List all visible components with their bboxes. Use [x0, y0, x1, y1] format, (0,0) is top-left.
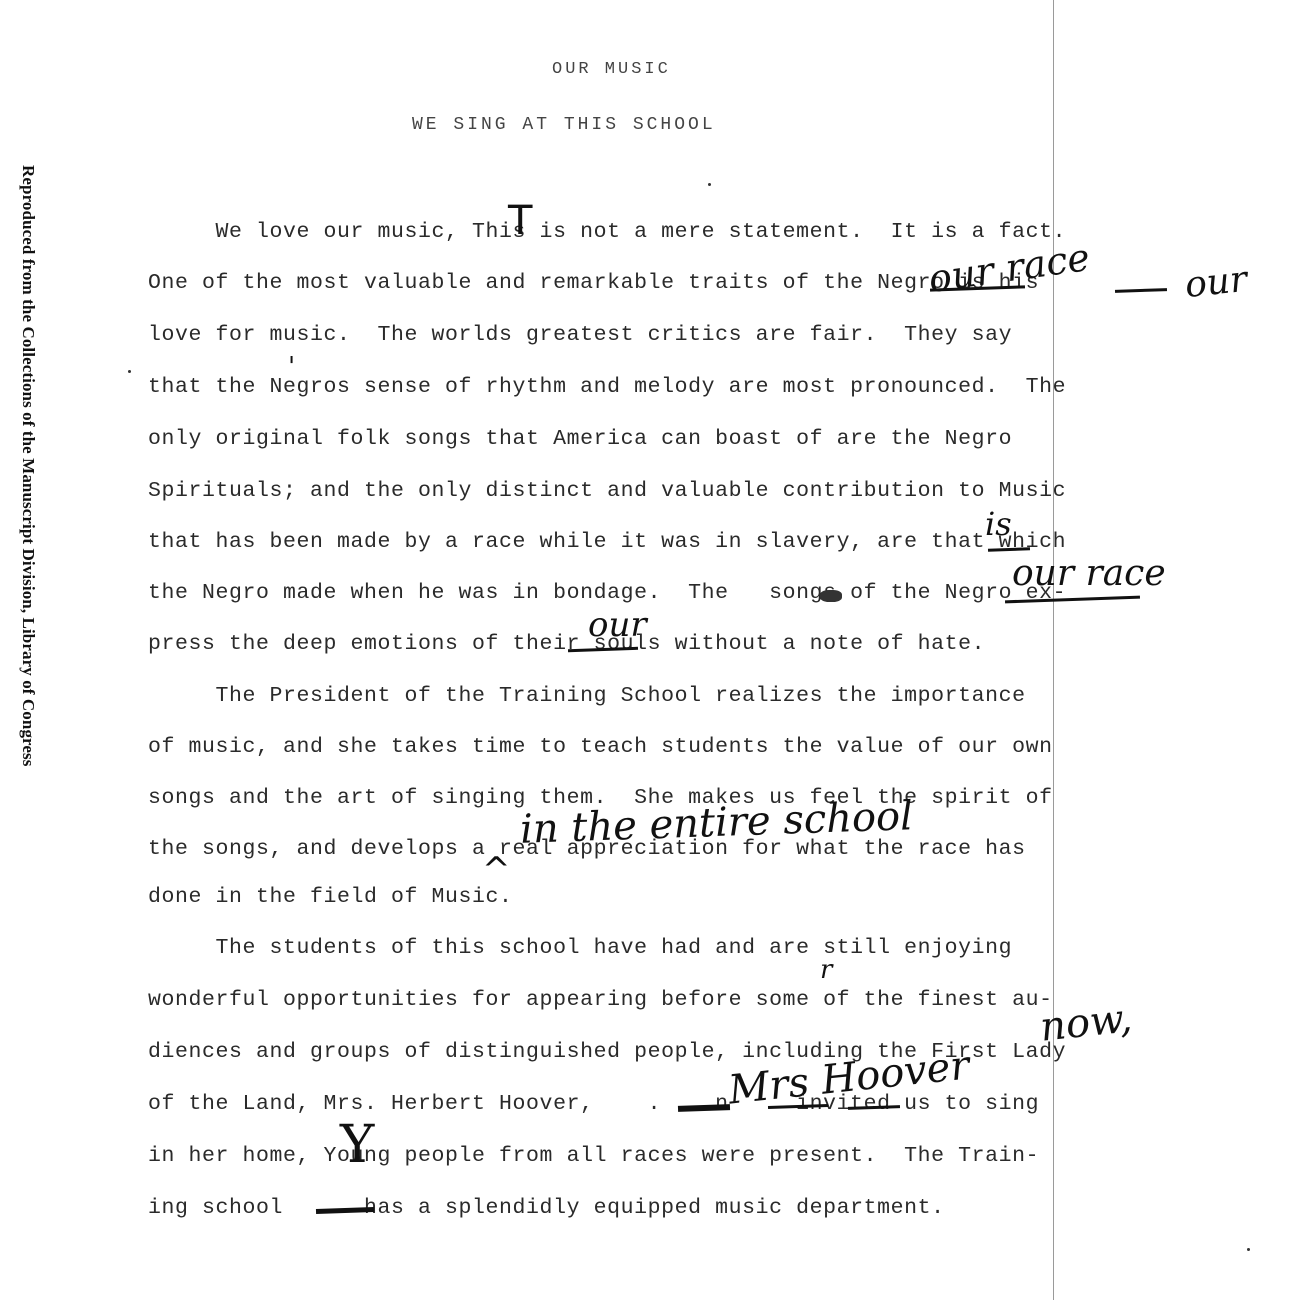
- text-line: The President of the Training School rea…: [148, 684, 1026, 708]
- strikethrough: [1115, 288, 1167, 293]
- handwritten-edit: Y: [340, 1115, 374, 1175]
- handwritten-edit: r: [820, 955, 832, 985]
- text-line: of music, and she takes time to teach st…: [148, 735, 1053, 759]
- handwritten-edit: T: [508, 198, 532, 244]
- text-line: love for music. The worlds greatest crit…: [148, 323, 1012, 347]
- handwritten-edit: our: [1183, 259, 1249, 306]
- text-line: wonderful opportunities for appearing be…: [148, 988, 1053, 1012]
- text-line: One of the most valuable and remarkable …: [148, 271, 1039, 295]
- text-line: Spirituals; and the only distinct and va…: [148, 479, 1066, 503]
- speck: [128, 370, 131, 373]
- text-line: We love our music, This is not a mere st…: [148, 220, 1066, 244]
- text-line: The students of this school have had and…: [148, 936, 1012, 960]
- speck: [1247, 1248, 1250, 1251]
- text-line: of the Land, Mrs. Herbert Hoover, . n in…: [148, 1092, 1039, 1116]
- document-title: OUR MUSIC: [552, 60, 671, 79]
- document-subtitle: WE SING AT THIS SCHOOL: [412, 115, 716, 135]
- text-line: ing school has a splendidly equipped mus…: [148, 1196, 945, 1220]
- text-line: done in the field of Music.: [148, 885, 513, 909]
- text-line: only original folk songs that America ca…: [148, 427, 1012, 451]
- handwritten-edit: our: [588, 605, 647, 645]
- insertion-caret: ^: [482, 850, 511, 890]
- document-page: Reproduced from the Collections of the M…: [0, 0, 1299, 1300]
- side-credit: Reproduced from the Collections of the M…: [18, 165, 38, 766]
- handwritten-edit: is: [985, 505, 1012, 543]
- fold-line: [1053, 0, 1054, 1300]
- speck: [708, 183, 711, 186]
- text-line: the Negro made when he was in bondage. T…: [148, 581, 1066, 605]
- text-line: in her home, Young people from all races…: [148, 1144, 1039, 1168]
- text-line: that the Negros sense of rhythm and melo…: [148, 375, 1066, 399]
- handwritten-edit: our race: [1012, 553, 1166, 594]
- text-line: press the deep emotions of their souls w…: [148, 632, 985, 656]
- text-line: that has been made by a race while it wa…: [148, 530, 1066, 554]
- ink-blot: [820, 590, 842, 602]
- handwritten-edit: now,: [1038, 995, 1134, 1050]
- handwritten-edit: ': [288, 352, 295, 382]
